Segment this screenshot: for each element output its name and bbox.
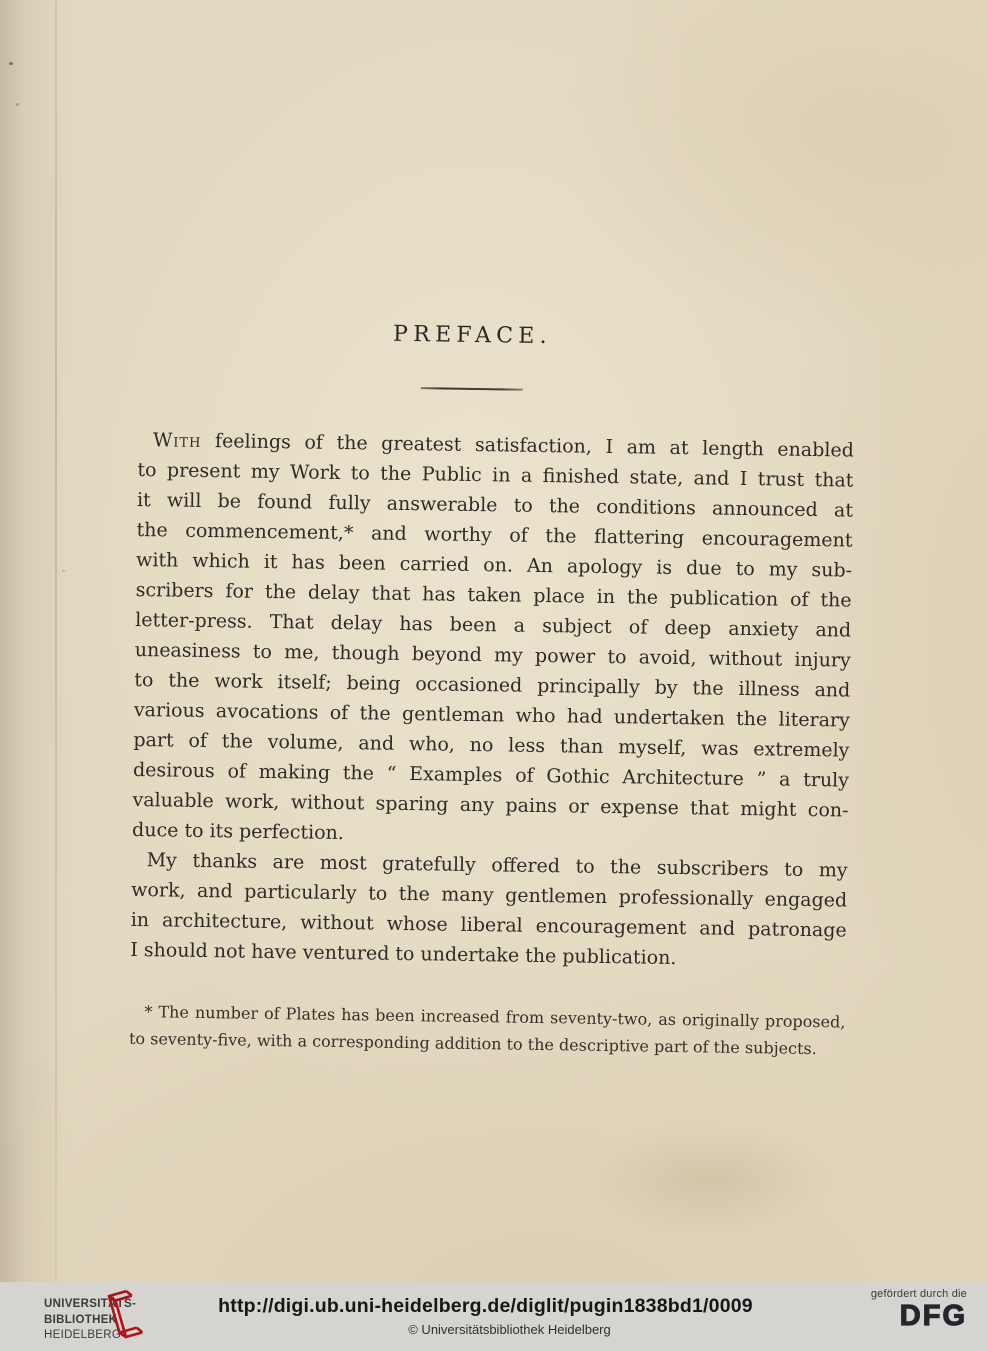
digitisation-banner: UNIVERSITÄTS- BIBLIOTHEK HEIDELBERG http… xyxy=(0,1282,987,1351)
paper-speck xyxy=(9,62,13,65)
funding-label: gefördert durch die xyxy=(871,1288,967,1300)
preface-body: With feelings of the greatest satisfacti… xyxy=(130,425,854,976)
footnote: * The number of Plates has been increase… xyxy=(129,998,846,1063)
paragraph-2: My thanks are most gratefully offered to… xyxy=(130,845,848,976)
page-gutter-shadow xyxy=(55,0,57,1282)
paragraph-1: to present my Work to the Public in a fi… xyxy=(132,455,854,856)
document-url: http://digi.ub.uni-heidelberg.de/diglit/… xyxy=(0,1295,979,1318)
scanned-page: PREFACE. With feelings of the greatest s… xyxy=(0,0,987,1282)
page-content: PREFACE. With feelings of the greatest s… xyxy=(129,300,856,1063)
page-title: PREFACE. xyxy=(114,318,830,354)
title-rule xyxy=(421,387,523,391)
lead-word: With xyxy=(153,429,202,452)
dfg-logo: DFG xyxy=(871,1301,967,1331)
dfg-funding: gefördert durch die DFG xyxy=(871,1288,967,1331)
paper-speck xyxy=(16,103,19,106)
paper-speck xyxy=(62,570,65,572)
copyright-notice: © Universitätsbibliothek Heidelberg xyxy=(16,1322,987,1337)
